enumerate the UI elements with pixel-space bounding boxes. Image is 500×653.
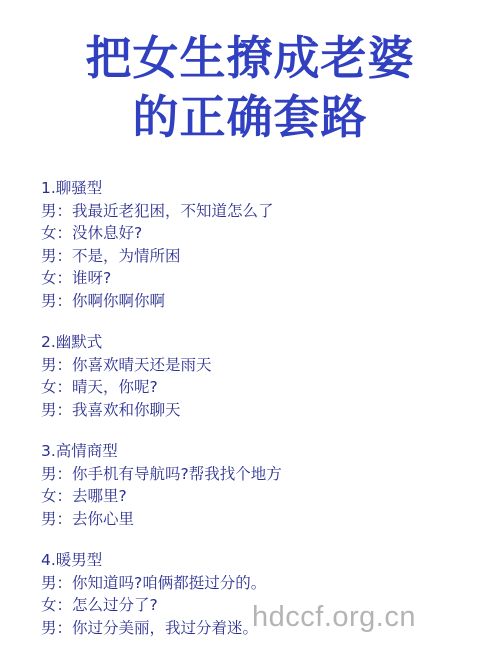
dialogue-line: 男：你知道吗?咱俩都挺过分的。 <box>41 572 481 595</box>
speaker-label: 男： <box>41 290 72 313</box>
dialogue-text: 没休息好? <box>72 224 142 242</box>
speaker-label: 男： <box>41 572 72 595</box>
speaker-label: 男： <box>41 354 72 377</box>
dialogue-line: 女：谁呀? <box>41 267 481 290</box>
dialogue-text: 晴天，你呢? <box>72 378 158 396</box>
dialogue-line: 男：你喜欢晴天还是雨天 <box>41 354 481 377</box>
section-2: 2.幽默式 男：你喜欢晴天还是雨天 女：晴天，你呢? 男：我喜欢和你聊天 <box>41 331 481 421</box>
speaker-label: 女： <box>41 485 72 508</box>
dialogue-text: 去哪里? <box>72 487 127 505</box>
dialogue-line: 男：我最近老犯困，不知道怎么了 <box>41 200 481 223</box>
dialogue-text: 不是，为情所困 <box>72 247 181 265</box>
speaker-label: 女： <box>41 267 72 290</box>
dialogue-line: 男：去你心里 <box>41 508 481 531</box>
section-3: 3.高情商型 男：你手机有导航吗?帮我找个地方 女：去哪里? 男：去你心里 <box>41 440 481 530</box>
speaker-label: 男： <box>41 399 72 422</box>
dialogue-line: 男：不是，为情所困 <box>41 245 481 268</box>
watermark: hdccf.org.cn <box>252 600 416 634</box>
dialogue-text: 怎么过分了? <box>72 596 158 614</box>
dialogue-line: 男：你手机有导航吗?帮我找个地方 <box>41 463 481 486</box>
section-heading: 2.幽默式 <box>41 331 481 354</box>
section-1: 1.聊骚型 男：我最近老犯困，不知道怎么了 女：没休息好? 男：不是，为情所困 … <box>41 177 481 312</box>
dialogue-line: 女：晴天，你呢? <box>41 376 481 399</box>
speaker-label: 男： <box>41 200 72 223</box>
dialogue-text: 你手机有导航吗?帮我找个地方 <box>72 465 282 483</box>
dialogue-content: 1.聊骚型 男：我最近老犯困，不知道怎么了 女：没休息好? 男：不是，为情所困 … <box>41 177 481 653</box>
speaker-label: 女： <box>41 376 72 399</box>
dialogue-text: 我喜欢和你聊天 <box>72 401 181 419</box>
section-heading: 4.暖男型 <box>41 549 481 572</box>
speaker-label: 男： <box>41 508 72 531</box>
dialogue-text: 你知道吗?咱俩都挺过分的。 <box>72 574 266 592</box>
dialogue-text: 我最近老犯困，不知道怎么了 <box>72 202 274 220</box>
dialogue-line: 男：我喜欢和你聊天 <box>41 399 481 422</box>
dialogue-line: 男：你啊你啊你啊 <box>41 290 481 313</box>
speaker-label: 男： <box>41 617 72 640</box>
dialogue-line: 女：去哪里? <box>41 485 481 508</box>
dialogue-text: 你过分美丽，我过分着迷。 <box>72 619 258 637</box>
dialogue-text: 你啊你啊你啊 <box>72 292 165 310</box>
speaker-label: 女： <box>41 222 72 245</box>
dialogue-text: 你喜欢晴天还是雨天 <box>72 356 212 374</box>
section-heading: 3.高情商型 <box>41 440 481 463</box>
dialogue-text: 去你心里 <box>72 510 134 528</box>
dialogue-line: 女：没休息好? <box>41 222 481 245</box>
page-title-line-1: 把女生撩成老婆 <box>0 30 500 86</box>
speaker-label: 女： <box>41 594 72 617</box>
dialogue-text: 谁呀? <box>72 269 111 287</box>
speaker-label: 男： <box>41 463 72 486</box>
page-title-line-2: 的正确套路 <box>0 89 500 145</box>
speaker-label: 男： <box>41 245 72 268</box>
section-heading: 1.聊骚型 <box>41 177 481 200</box>
